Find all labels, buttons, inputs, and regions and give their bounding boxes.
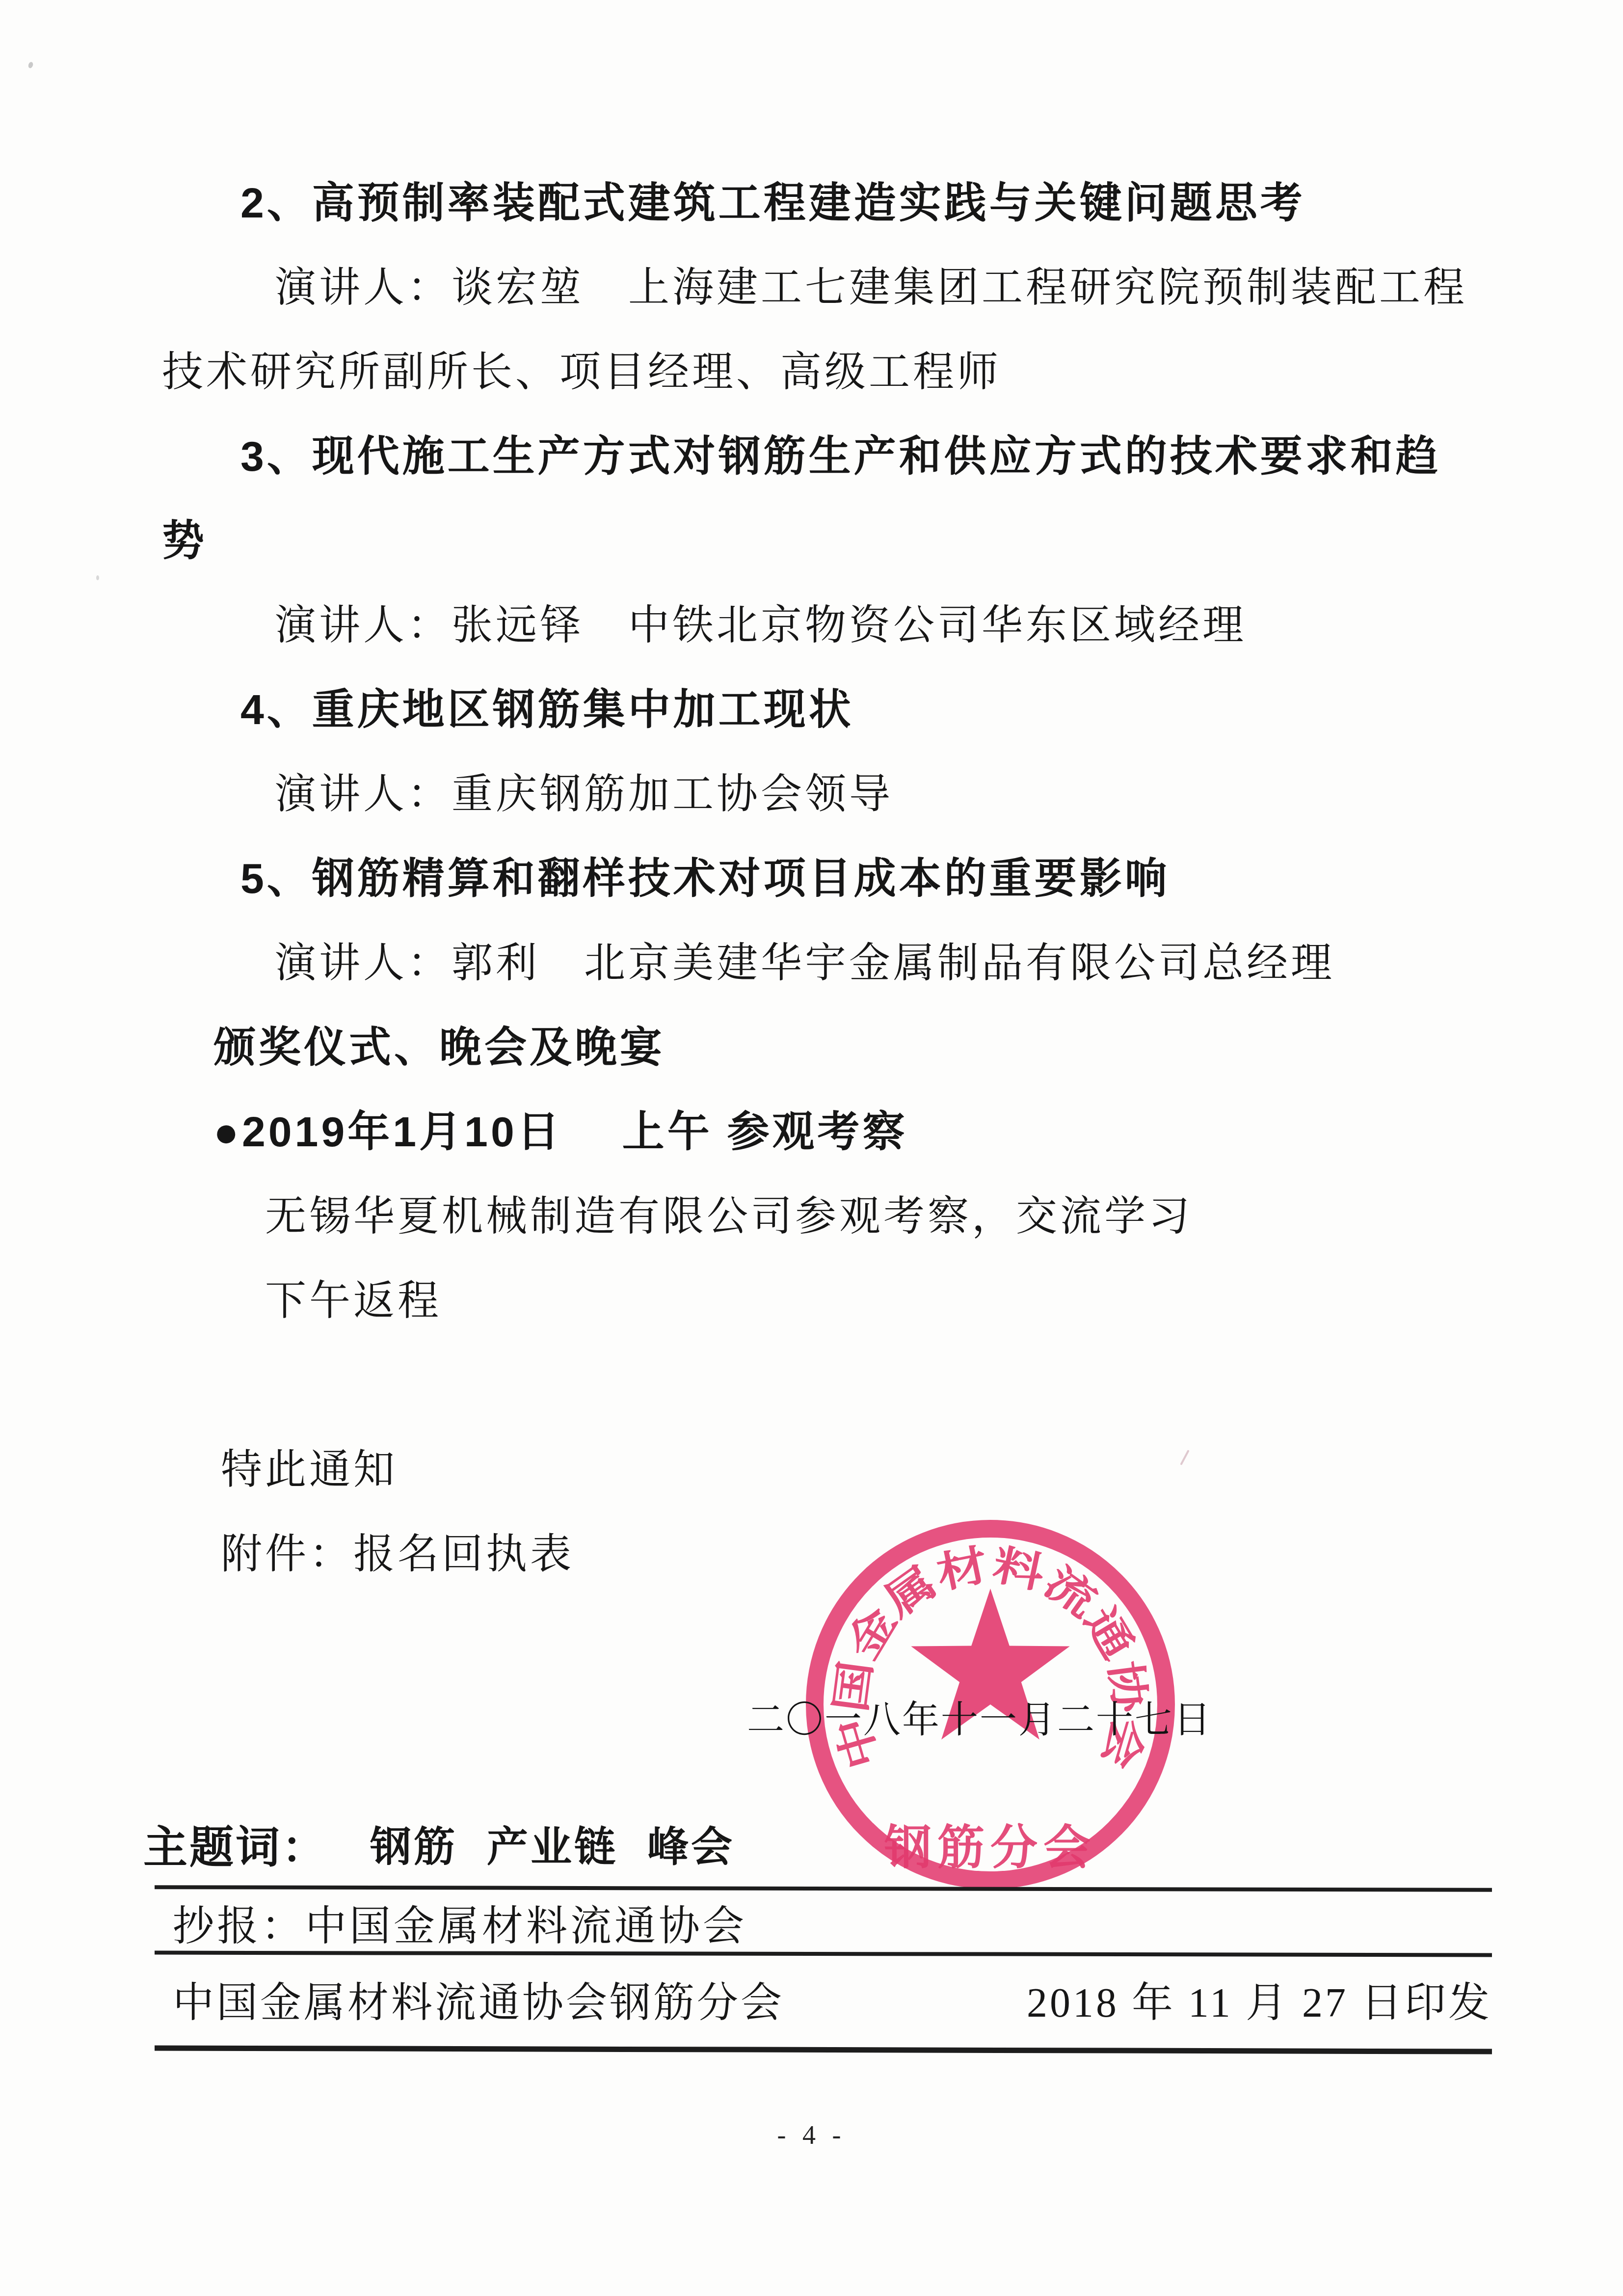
issue-date-line: 二〇一八年十一月二十七日 [747,1690,1212,1743]
cc-line: 抄报：中国金属材料流通协会 [173,1893,747,1952]
document-line: 4、重庆地区钢筋集中加工现状 [162,664,1476,748]
scan-speck [96,575,99,580]
document-line: 下午返程 [162,1255,1476,1339]
blank-line [162,1339,1476,1424]
scanned-notice-page: 2、高预制率装配式建筑工程建造实践与关键问题思考演讲人：谈宏堃 上海建工七建集团… [0,0,1623,2296]
divider-top [155,1885,1492,1892]
document-line: 演讲人：谈宏堃 上海建工七建集团工程研究院预制装配工程 [162,242,1476,326]
document-line: 无锡华夏机械制造有限公司参观考察，交流学习 [162,1170,1476,1255]
divider-middle [155,1951,1492,1957]
issuer-row: 中国金属材料流通协会钢筋分会 2018 年 11 月 27 日印发 [173,1974,1492,2024]
document-line: ●2019年1月10日 上午 参观考察 [162,1086,1476,1170]
document-line: 演讲人：张远铎 中铁北京物资公司华东区域经理 [162,579,1476,664]
subject-row: 主题词： 钢筋 产业链 峰会 [143,1816,735,1870]
scan-speck [27,61,34,69]
subject-label: 主题词： [143,1811,328,1875]
document-line: 2、高预制率装配式建筑工程建造实践与关键问题思考 [162,157,1476,242]
issuer-name: 中国金属材料流通协会钢筋分会 [173,1970,784,2029]
print-date: 2018 年 11 月 27 日印发 [1027,1970,1492,2029]
page-number: - 4 - [0,2120,1623,2150]
document-line: 3、现代施工生产方式对钢筋生产和供应方式的技术要求和趋 [162,410,1476,495]
seal-bottom-text: 钢筋分会 [884,1821,1096,1874]
document-line: 颁奖仪式、晚会及晚宴 [162,1001,1476,1086]
subject-keywords: 钢筋 产业链 峰会 [370,1814,735,1873]
document-line: 演讲人：郭利 北京美建华宇金属制品有限公司总经理 [162,917,1476,1001]
document-line: 势 [162,495,1476,579]
document-line: 5、钢筋精算和翻样技术对项目成本的重要影响 [162,833,1476,917]
document-lines: 2、高预制率装配式建筑工程建造实践与关键问题思考演讲人：谈宏堃 上海建工七建集团… [162,157,1476,1593]
document-line: 特此通知 [162,1424,1476,1508]
divider-bottom [155,2045,1492,2054]
document-line: 演讲人：重庆钢筋加工协会领导 [162,748,1476,833]
cc-row: 抄报：中国金属材料流通协会 [173,1898,747,1947]
document-line: 技术研究所副所长、项目经理、高级工程师 [162,326,1476,410]
